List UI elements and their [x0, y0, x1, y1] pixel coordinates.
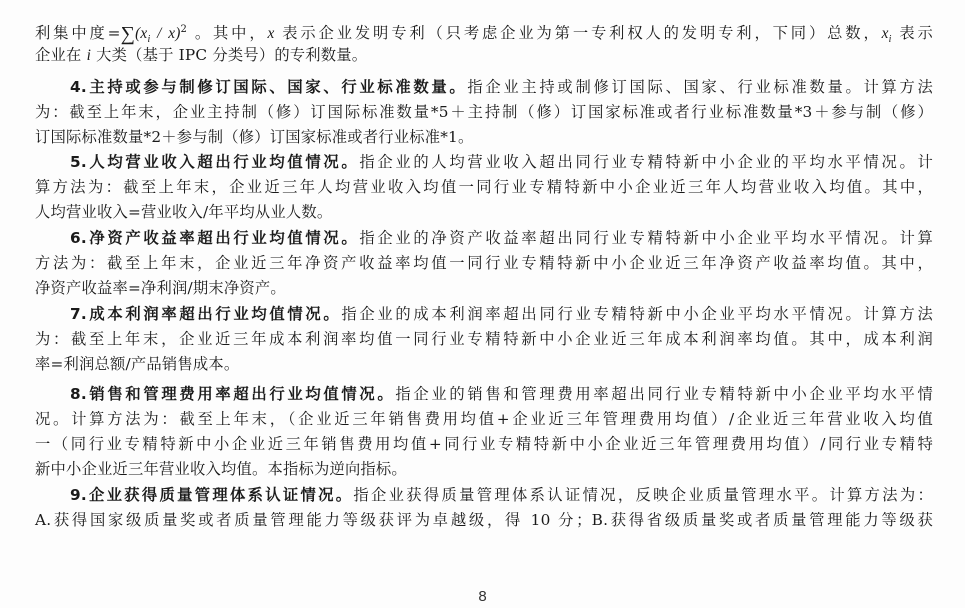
section-heading: 6.净资产收益率超出行业均值情况。	[70, 229, 359, 247]
text-line: 一（同行业专精特新中小企业近三年销售费用均值+同行业专精特新中小企业近三年管理费…	[35, 434, 933, 454]
text-line: 为：截至上年末，企业主持制（修）订国际标准数量*5＋主持制（修）订国家标准或者行…	[35, 102, 933, 122]
text-line: 人均营业收入=营业收入/年平均从业人数。	[35, 202, 933, 222]
formula-part: / x)	[150, 25, 180, 42]
section-heading: 7.成本利润率超出行业均值情况。	[70, 305, 341, 323]
section-text: 指企业的净资产收益率超出同行业专精特新中小企业平均水平情况。计算	[359, 229, 933, 247]
text-line: 企业在 i 大类（基于 IPC 分类号）的专利数量。	[35, 45, 933, 66]
text: 。其中，	[187, 24, 267, 42]
text: 利集中度=	[35, 24, 121, 42]
text-line: 方法为：截至上年末，企业近三年净资产收益率均值一同行业专精特新中小企业近三年净资…	[35, 253, 933, 273]
text-line: 为：截至上年末，企业近三年成本利润率均值一同行业专精特新中小企业近三年成本利润率…	[35, 329, 933, 349]
section-text: 指企业的人均营业收入超出同行业专精特新中小企业的平均水平情况。计	[359, 153, 933, 171]
sum-symbol: ∑	[121, 23, 135, 45]
text: 表示	[892, 24, 933, 42]
section-4-heading-line: 4.主持或参与制修订国际、国家、行业标准数量。指企业主持或制修订国际、国家、行业…	[70, 77, 933, 97]
section-heading: 4.主持或参与制修订国际、国家、行业标准数量。	[70, 78, 467, 96]
text-line: 新中小企业近三年营业收入均值。本指标为逆向指标。	[35, 459, 933, 479]
text-line: 订国际标准数量*2＋参与制（修）订国家标准或者行业标准*1。	[35, 127, 933, 147]
page-number: 8	[0, 588, 965, 605]
section-9-heading-line: 9.企业获得质量管理体系认证情况。指企业获得质量管理体系认证情况，反映企业质量管…	[70, 485, 933, 505]
section-8-heading-line: 8.销售和管理费用率超出行业均值情况。指企业的销售和管理费用率超出同行业专精特新…	[70, 384, 933, 404]
formula-part: (x	[135, 25, 147, 42]
section-text: 指企业获得质量管理体系认证情况，反映企业质量管理水平。计算方法为：	[353, 486, 933, 504]
text-line: 算方法为：截至上年末，企业近三年人均营业收入均值一同行业专精特新中小企业近三年人…	[35, 177, 933, 197]
section-5-heading-line: 5.人均营业收入超出行业均值情况。指企业的人均营业收入超出同行业专精特新中小企业…	[70, 152, 933, 172]
document-page: 利集中度=∑(xi / x)2 。其中，x 表示企业发明专利（只考虑企业为第一专…	[0, 0, 965, 608]
text: 大类（基于 IPC 分类号）的专利数量。	[91, 46, 367, 64]
section-text: 指企业的成本利润率超出同行业专精特新中小企业平均水平情况。计算方法	[341, 305, 933, 323]
section-text: 指企业的销售和管理费用率超出同行业专精特新中小企业平均水平情	[395, 385, 933, 403]
text-line: 净资产收益率=净利润/期末净资产。	[35, 278, 933, 298]
section-heading: 9.企业获得质量管理体系认证情况。	[70, 486, 353, 504]
section-text: 指企业主持或制修订国际、国家、行业标准数量。计算方法	[467, 78, 933, 96]
text: 表示企业发明专利（只考虑企业为第一专利权人的发明专利，下同）总数，	[275, 24, 882, 42]
text-line: 况。计算方法为：截至上年末，（企业近三年销售费用均值+企业近三年管理费用均值）/…	[35, 409, 933, 429]
text-line: 率=利润总额/产品销售成本。	[35, 354, 933, 374]
text-line: A.获得国家级质量奖或者质量管理能力等级获评为卓越级，得 10 分；B.获得省级…	[35, 510, 933, 530]
variable-xi: x	[882, 25, 889, 42]
section-heading: 5.人均营业收入超出行业均值情况。	[70, 153, 359, 171]
section-heading: 8.销售和管理费用率超出行业均值情况。	[70, 385, 395, 403]
text: 企业在	[35, 46, 87, 64]
variable-x: x	[268, 25, 275, 42]
section-6-heading-line: 6.净资产收益率超出行业均值情况。指企业的净资产收益率超出同行业专精特新中小企业…	[70, 228, 933, 248]
section-7-heading-line: 7.成本利润率超出行业均值情况。指企业的成本利润率超出同行业专精特新中小企业平均…	[70, 304, 933, 324]
